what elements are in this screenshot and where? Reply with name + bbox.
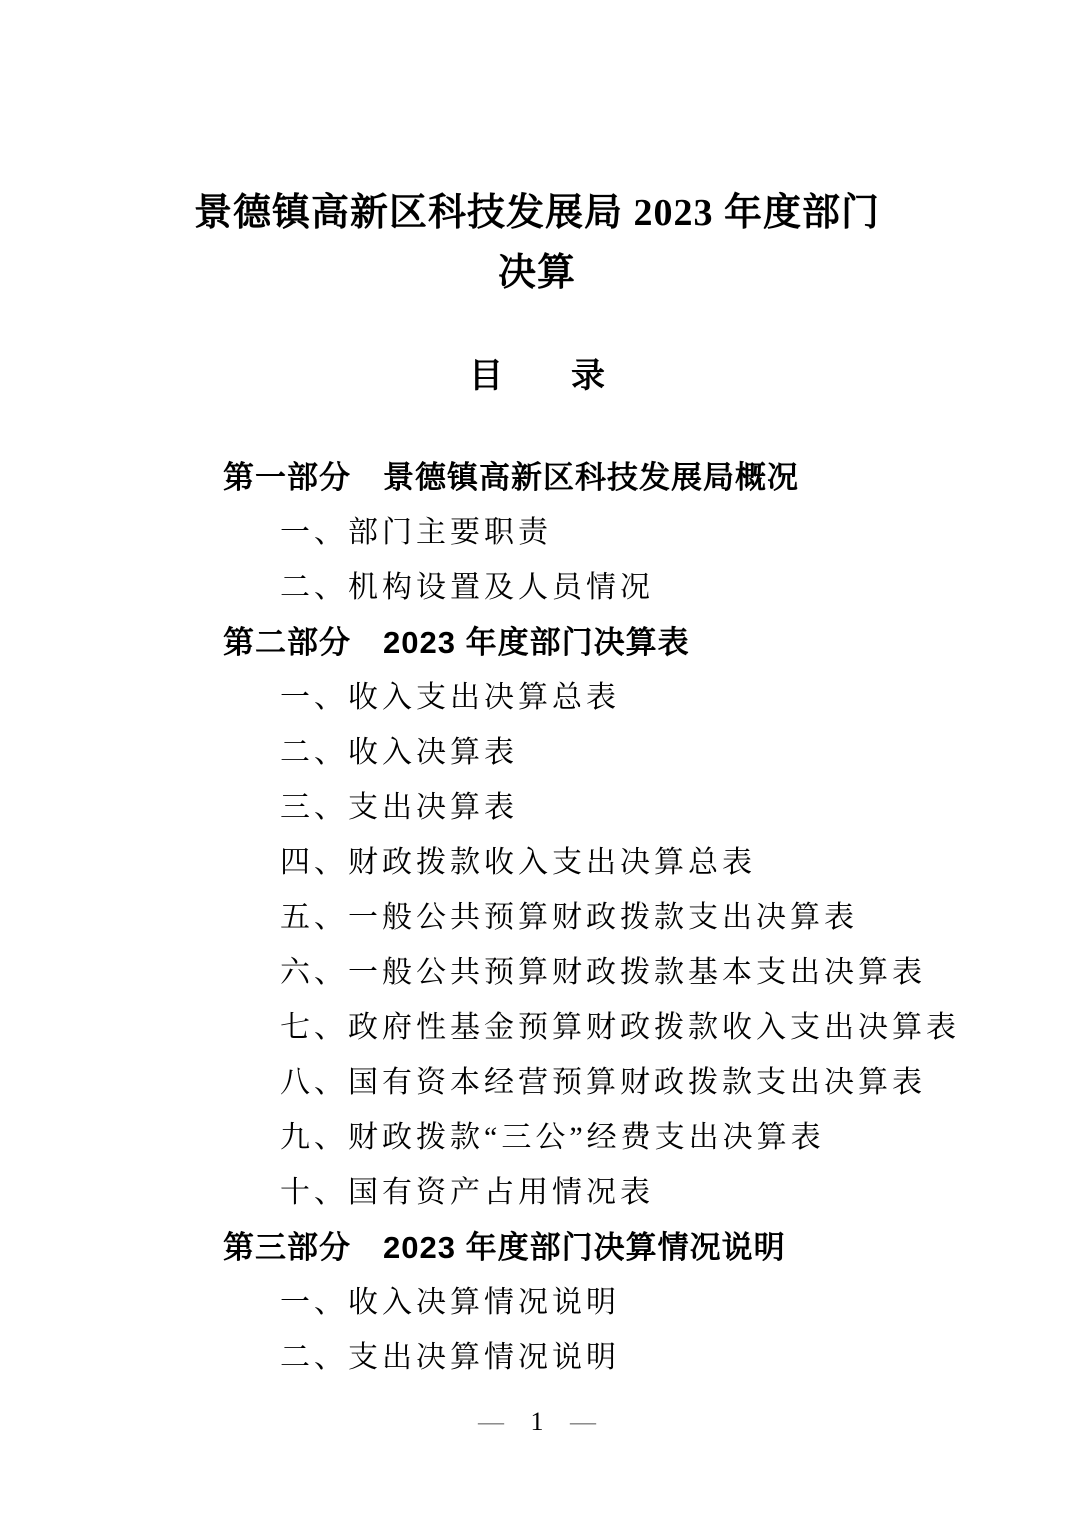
page-number-dash-right: — <box>570 1407 596 1436</box>
toc-item: 九、财政拨款“三公”经费支出决算表 <box>223 1110 1034 1165</box>
toc-item: 一、部门主要职责 <box>223 505 1034 560</box>
document-title-line1: 景德镇高新区科技发展局 2023 年度部门 <box>0 183 1074 243</box>
toc-item: 七、政府性基金预算财政拨款收入支出决算表 <box>223 1000 1034 1055</box>
toc-item: 二、收入决算表 <box>223 725 1034 780</box>
toc-section-3: 第三部分 2023 年度部门决算情况说明 <box>223 1220 1034 1275</box>
document-page: 景德镇高新区科技发展局 2023 年度部门 决算 目 录 第一部分 景德镇高新区… <box>0 0 1074 1520</box>
toc-item: 二、机构设置及人员情况 <box>223 560 1034 615</box>
table-of-contents: 第一部分 景德镇高新区科技发展局概况 一、部门主要职责 二、机构设置及人员情况 … <box>223 450 1034 1385</box>
toc-item: 六、一般公共预算财政拨款基本支出决算表 <box>223 945 1034 1000</box>
toc-item: 一、收入支出决算总表 <box>223 670 1034 725</box>
toc-section-1: 第一部分 景德镇高新区科技发展局概况 <box>223 450 1034 505</box>
toc-item: 五、一般公共预算财政拨款支出决算表 <box>223 890 1034 945</box>
page-number-value: 1 <box>531 1407 544 1436</box>
toc-item: 八、国有资本经营预算财政拨款支出决算表 <box>223 1055 1034 1110</box>
page-number-dash-left: — <box>478 1407 504 1436</box>
page-number: — 1 — <box>0 1405 1074 1439</box>
toc-heading: 目 录 <box>0 355 1074 399</box>
toc-item: 一、收入决算情况说明 <box>223 1275 1034 1330</box>
toc-item: 四、财政拨款收入支出决算总表 <box>223 835 1034 890</box>
toc-item: 十、国有资产占用情况表 <box>223 1165 1034 1220</box>
toc-item: 三、支出决算表 <box>223 780 1034 835</box>
document-title-line2: 决算 <box>0 243 1074 303</box>
toc-item: 二、支出决算情况说明 <box>223 1330 1034 1385</box>
toc-section-2: 第二部分 2023 年度部门决算表 <box>223 615 1034 670</box>
document-title: 景德镇高新区科技发展局 2023 年度部门 决算 <box>0 183 1074 303</box>
